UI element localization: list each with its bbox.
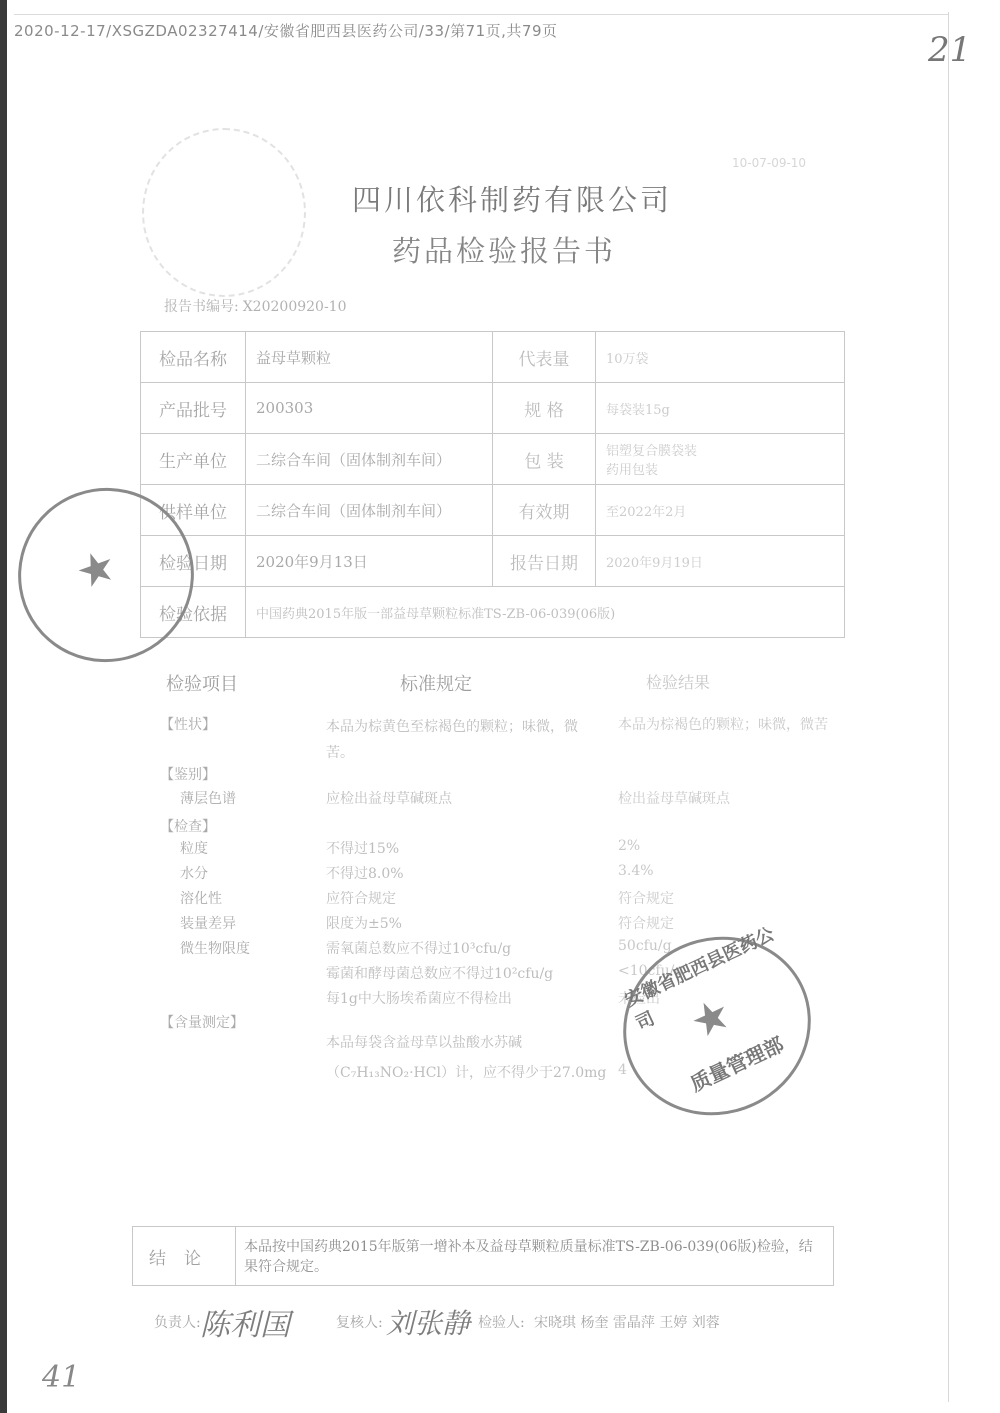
- label-batch-no: 产品批号: [141, 383, 246, 434]
- value-batch-no: 200303: [246, 383, 493, 434]
- result-item: 水分: [180, 863, 208, 883]
- result-item: 【性状】: [160, 714, 216, 734]
- result-row: 溶化性应符合规定符合规定: [160, 888, 860, 912]
- packaging-line-2: 药用包装: [606, 459, 834, 478]
- handwritten-page-mark-bottom: 41: [42, 1360, 80, 1395]
- report-number-label: 报告书编号:: [164, 299, 239, 315]
- label-expiry: 有效期: [493, 485, 596, 536]
- result-standard: 不得过8.0%: [326, 863, 404, 883]
- product-info-table: 检品名称 益母草颗粒 代表量 10万袋 产品批号 200303 规 格 每袋装1…: [140, 331, 845, 638]
- value-product-name: 益母草颗粒: [246, 332, 493, 383]
- result-item: 微生物限度: [180, 938, 250, 958]
- result-row: 薄层色谱应检出益母草碱斑点检出益母草碱斑点: [160, 788, 860, 812]
- result-value: 符合规定: [618, 913, 674, 933]
- result-row: 【检查】: [160, 816, 860, 840]
- label-report-date: 报告日期: [493, 536, 596, 587]
- responsible-signature: 陈利国: [200, 1300, 290, 1344]
- table-row: 检验依据 中国药典2015年版一部益母草颗粒标准TS-ZB-06-039(06版…: [141, 587, 845, 638]
- result-standard: 需氧菌总数应不得过10³cfu/g: [326, 938, 511, 958]
- label-product-name: 检品名称: [141, 332, 246, 383]
- value-sample-supplier: 二综合车间（固体制剂车间）: [246, 485, 493, 536]
- table-row: 生产单位 二综合车间（固体制剂车间） 包 装 铝塑复合膜袋装 药用包装: [141, 434, 845, 485]
- document-code: 10-07-09-10: [732, 156, 806, 170]
- packaging-line-1: 铝塑复合膜袋装: [606, 440, 834, 459]
- handwritten-page-mark-top: 21: [928, 30, 971, 70]
- result-value: 本品为棕褐色的颗粒；味微，微苦: [618, 714, 828, 734]
- table-row: 检品名称 益母草颗粒 代表量 10万袋: [141, 332, 845, 383]
- result-standard: （C₇H₁₃NO₂·HCl）计，应不得少于27.0mg: [326, 1062, 606, 1082]
- value-quantity: 10万袋: [596, 332, 845, 383]
- scan-left-edge: [0, 0, 7, 1413]
- result-value: 3.4%: [618, 863, 654, 879]
- result-item: 粒度: [180, 838, 208, 858]
- table-row: 结论 本品按中国药典2015年版第一增补本及益母草颗粒质量标准TS-ZB-06-…: [133, 1227, 834, 1286]
- company-title: 四川依科制药有限公司: [352, 178, 672, 219]
- conclusion-label: 结论: [133, 1227, 236, 1286]
- result-item: 【鉴别】: [160, 764, 216, 784]
- result-standard: 限度为±5%: [326, 913, 402, 933]
- reviewer-signature: 刘张静: [386, 1302, 470, 1342]
- label-spec: 规 格: [493, 383, 596, 434]
- result-item: 薄层色谱: [180, 788, 236, 808]
- seal-star-icon: ★: [69, 539, 124, 600]
- result-standard: 应检出益母草碱斑点: [326, 788, 452, 808]
- value-report-date: 2020年9月19日: [596, 536, 845, 587]
- label-quantity: 代表量: [493, 332, 596, 383]
- result-row: 水分不得过8.0%3.4%: [160, 863, 860, 887]
- label-manufacturer: 生产单位: [141, 434, 246, 485]
- result-value: 2%: [618, 838, 640, 854]
- fax-top-rule: [14, 14, 948, 15]
- result-item: 【检查】: [160, 816, 216, 836]
- reviewer-label: 复核人:: [336, 1312, 383, 1332]
- value-packaging: 铝塑复合膜袋装 药用包装: [596, 434, 845, 485]
- header-test-item: 检验项目: [166, 670, 238, 696]
- inspector-label: 检验人:: [478, 1312, 525, 1332]
- inspector-names: 宋晓琪 杨奎 雷晶萍 王婷 刘蓉: [534, 1312, 720, 1332]
- result-standard: 本品为棕黄色至棕褐色的颗粒；味微，微苦。: [326, 714, 596, 766]
- report-number: 报告书编号:X20200920-10: [160, 296, 347, 316]
- table-row: 供样单位 二综合车间（固体制剂车间） 有效期 至2022年2月: [141, 485, 845, 536]
- header-standard: 标准规定: [400, 670, 472, 696]
- label-packaging: 包 装: [493, 434, 596, 485]
- fax-header: 2020-12-17/XSGZDA02327414/安徽省肥西县医药公司/33/…: [14, 20, 558, 41]
- result-standard: 每1g中大肠埃希菌应不得检出: [326, 988, 512, 1008]
- header-result: 检验结果: [646, 670, 710, 693]
- signature-line: 负责人: 陈利国 复核人: 刘张静 检验人: 宋晓琪 杨奎 雷晶萍 王婷 刘蓉: [150, 1300, 850, 1350]
- table-row: 检验日期 2020年9月13日 报告日期 2020年9月19日: [141, 536, 845, 587]
- conclusion-text: 本品按中国药典2015年版第一增补本及益母草颗粒质量标准TS-ZB-06-039…: [236, 1227, 834, 1286]
- result-row: 粒度不得过15%2%: [160, 838, 860, 862]
- result-value: 50cfu/g: [618, 938, 672, 954]
- result-item: 【含量测定】: [160, 1012, 244, 1032]
- result-item: 溶化性: [180, 888, 222, 908]
- result-row: 【性状】本品为棕黄色至棕褐色的颗粒；味微，微苦。本品为棕褐色的颗粒；味微，微苦: [160, 714, 860, 738]
- fax-right-rule: [948, 12, 949, 1402]
- result-value: 检出益母草碱斑点: [618, 788, 730, 808]
- faded-seal-top: [142, 128, 306, 297]
- result-value: 4: [618, 1062, 627, 1078]
- report-number-value: X20200920-10: [243, 299, 347, 315]
- result-standard: 本品每袋含益母草以盐酸水苏碱: [326, 1032, 522, 1052]
- result-item: 装量差异: [180, 913, 236, 933]
- conclusion-table: 结论 本品按中国药典2015年版第一增补本及益母草颗粒质量标准TS-ZB-06-…: [132, 1226, 834, 1286]
- value-test-basis: 中国药典2015年版一部益母草颗粒标准TS-ZB-06-039(06版): [246, 587, 845, 638]
- value-test-date: 2020年9月13日: [246, 536, 493, 587]
- value-manufacturer: 二综合车间（固体制剂车间）: [246, 434, 493, 485]
- value-expiry: 至2022年2月: [596, 485, 845, 536]
- result-standard: 应符合规定: [326, 888, 396, 908]
- result-value: 符合规定: [618, 888, 674, 908]
- report-title: 药品检验报告书: [392, 229, 616, 270]
- result-row: 【鉴别】: [160, 764, 860, 788]
- value-spec: 每袋装15g: [596, 383, 845, 434]
- responsible-label: 负责人:: [154, 1312, 201, 1332]
- table-row: 产品批号 200303 规 格 每袋装15g: [141, 383, 845, 434]
- result-standard: 不得过15%: [326, 838, 399, 858]
- result-standard: 霉菌和酵母菌总数应不得过10²cfu/g: [326, 963, 553, 983]
